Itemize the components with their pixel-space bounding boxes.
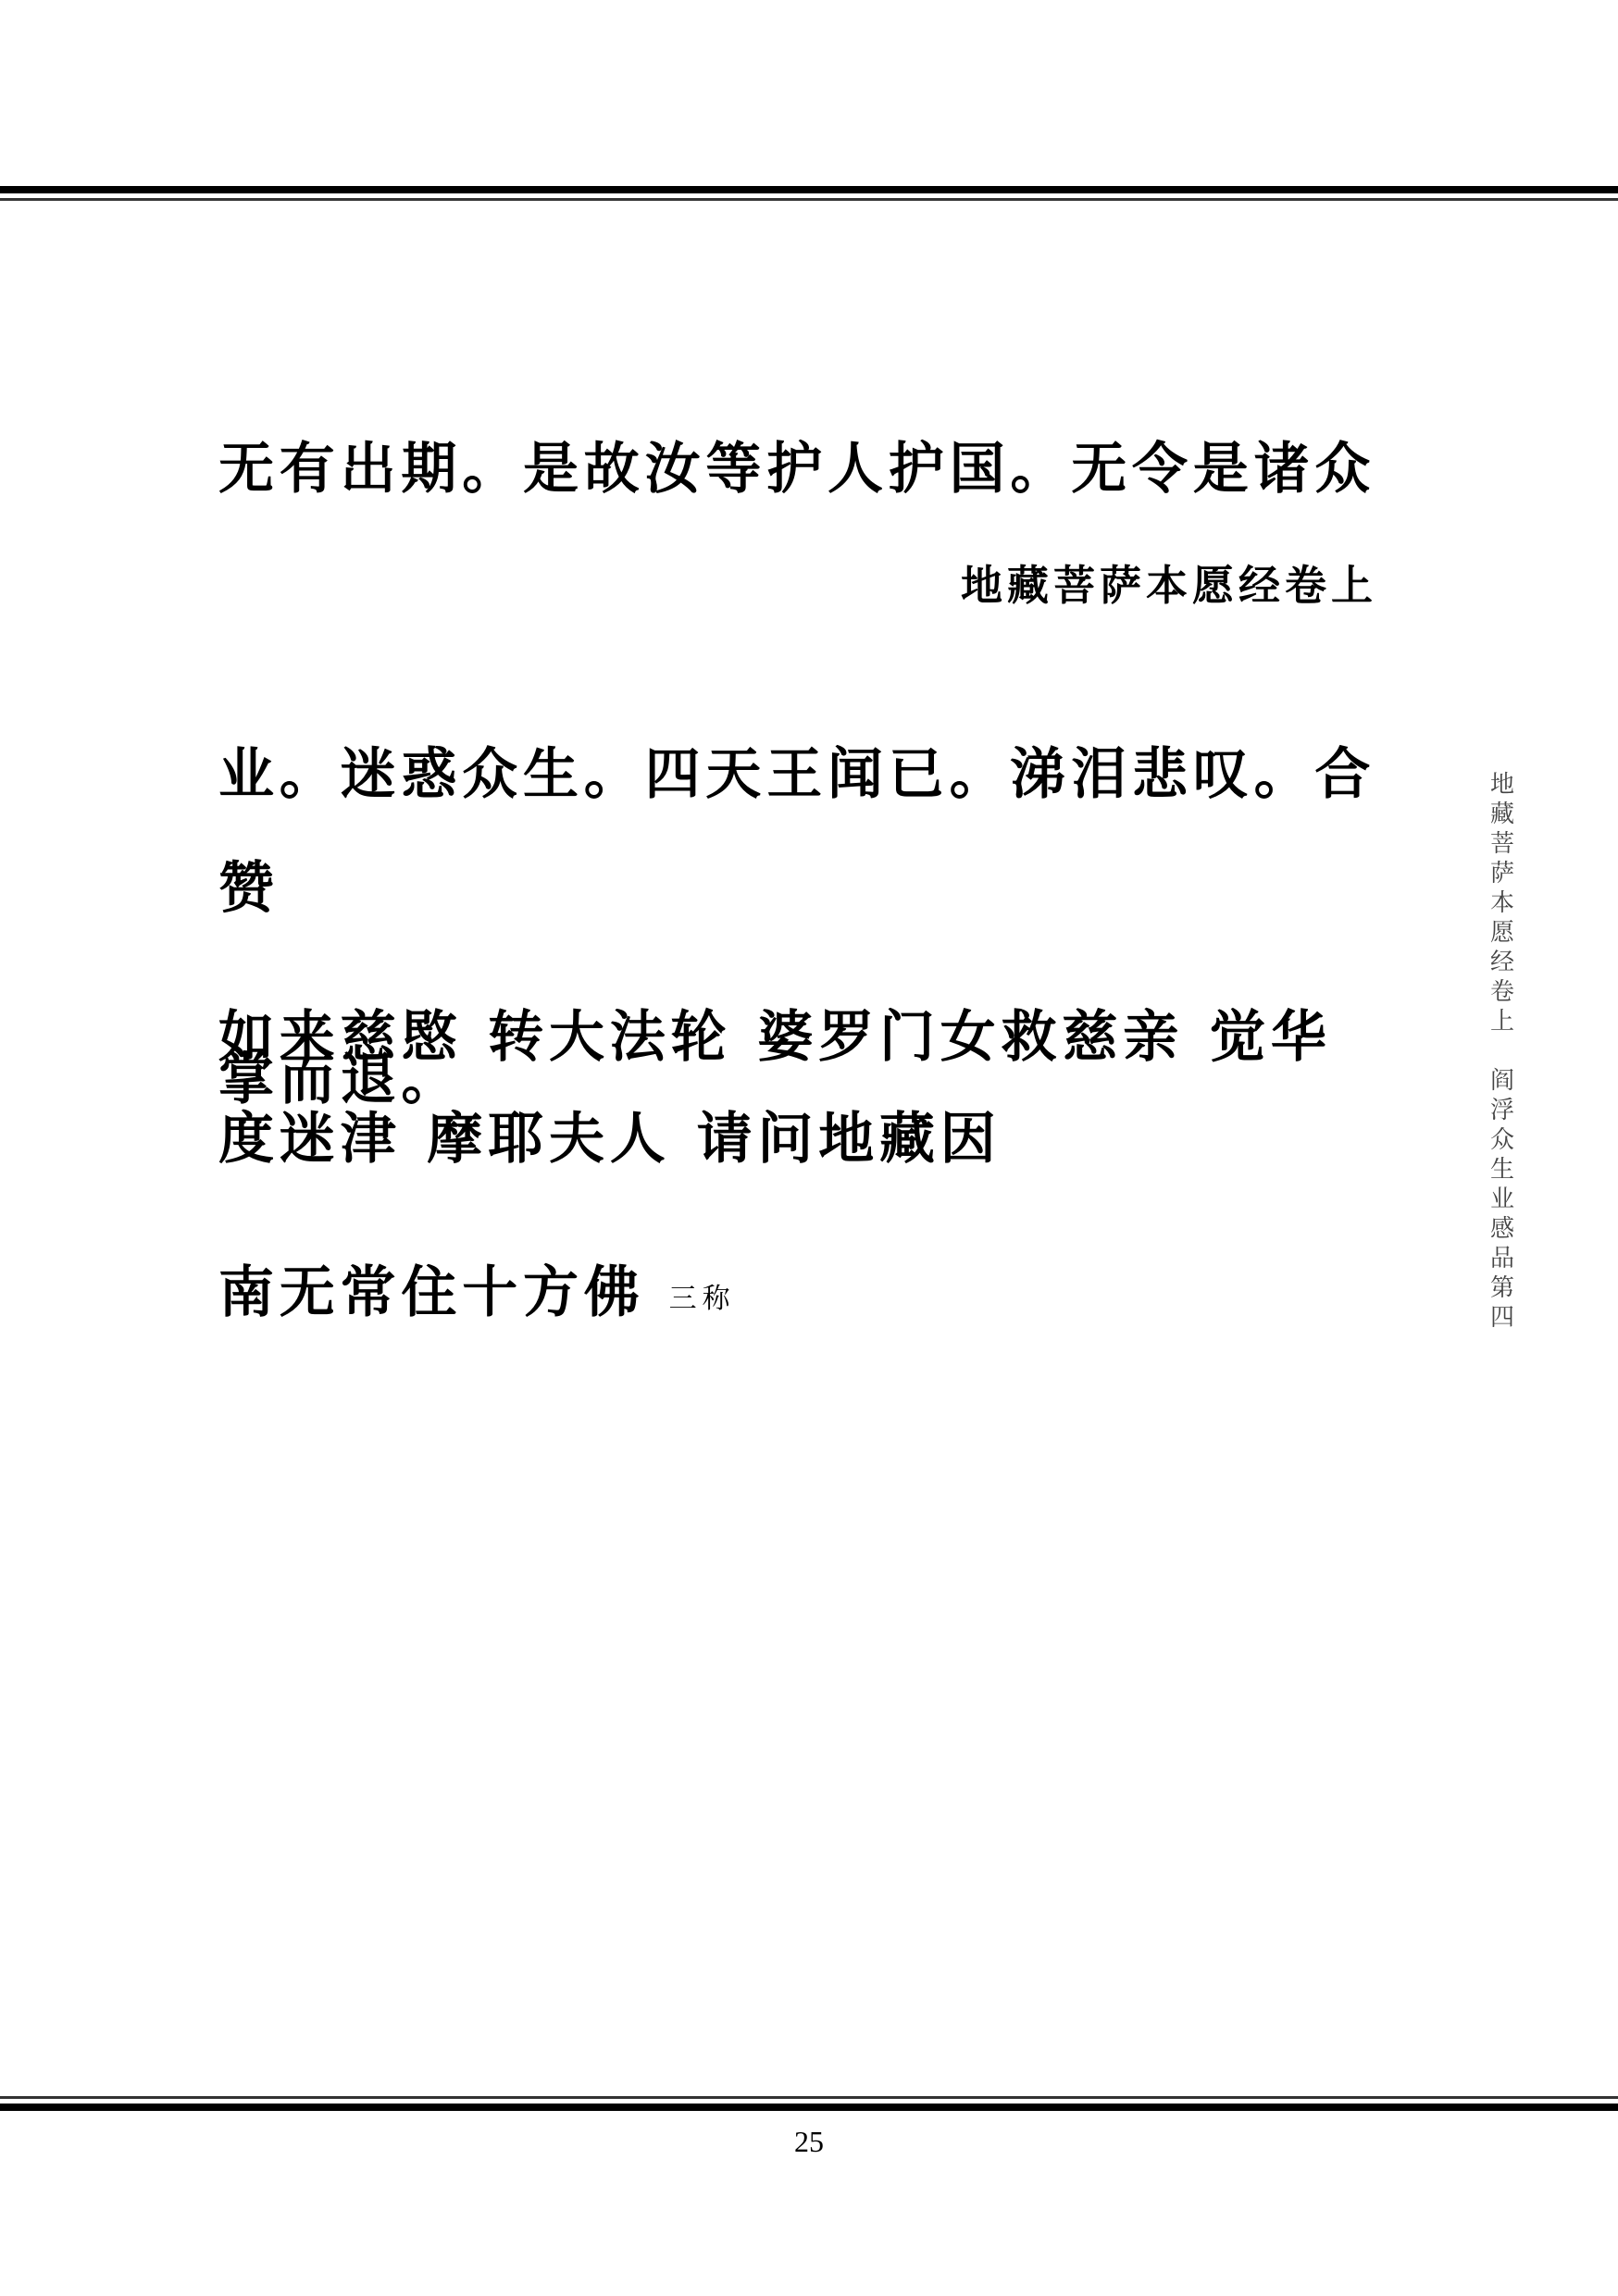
verse-phrase: 转大法轮 [488, 987, 731, 1088]
verse-line: 度迷津摩耶夫人请问地藏因 [218, 1088, 1332, 1190]
namo-repeat-note: 三称 [669, 1283, 736, 1315]
header-rule-thin [0, 198, 1618, 201]
praise-heading: 赞 [218, 851, 274, 925]
header-rule-thick [0, 186, 1618, 193]
running-header-char: 业 [1490, 1185, 1514, 1214]
running-header-book-title: 地藏菩萨本愿经卷上 [1490, 770, 1514, 1036]
verse-phrase: 婆罗门女救慈亲 [757, 987, 1184, 1088]
running-header-char: 经 [1490, 948, 1514, 977]
running-header-chapter-title: 阎浮众生业感品第四 [1490, 1066, 1514, 1333]
running-header-char: 浮 [1490, 1096, 1514, 1125]
footer-rule-thin [0, 2096, 1618, 2099]
verse-phrase: 如来慈愍 [218, 987, 462, 1088]
running-header-char: 上 [1490, 1007, 1514, 1036]
running-header-char: 阎 [1490, 1066, 1514, 1096]
verse-line: 如来慈愍转大法轮婆罗门女救慈亲觉华 [218, 987, 1332, 1088]
running-header-char: 藏 [1490, 800, 1514, 829]
namo-invocation: 南无常住十方佛三称 [218, 1251, 736, 1341]
vertical-running-header: 地藏菩萨本愿经卷上 阎浮众生业感品第四 [1487, 770, 1518, 1333]
running-header-char: 萨 [1490, 859, 1514, 888]
running-header-char: 品 [1490, 1244, 1514, 1273]
running-header-char: 本 [1490, 888, 1514, 918]
verse-phrase: 请问地藏因 [697, 1088, 1002, 1190]
running-header-char: 菩 [1490, 829, 1514, 859]
scripture-line: 业。迷惑众生。四天王闻已。涕泪悲叹。合 [218, 724, 1385, 825]
verse-phrase: 摩耶夫人 [427, 1088, 670, 1190]
volume-end-title: 地藏菩萨本愿经卷上 [961, 555, 1377, 616]
namo-text: 南无常住十方佛 [218, 1260, 645, 1325]
running-header-char: 众 [1490, 1125, 1514, 1155]
running-header-char: 第 [1490, 1273, 1514, 1303]
running-header-char: 卷 [1490, 977, 1514, 1007]
scripture-line: 无有出期。是故汝等护人护国。无令是诸众 [218, 418, 1385, 520]
running-header-char: 生 [1490, 1155, 1514, 1185]
praise-verse: 如来慈愍转大法轮婆罗门女救慈亲觉华 度迷津摩耶夫人请问地藏因 [218, 987, 1332, 1190]
verse-phrase: 觉华 [1210, 987, 1332, 1088]
running-header-char: 愿 [1490, 918, 1514, 948]
running-header-char: 感 [1490, 1214, 1514, 1244]
running-header-char: 地 [1490, 770, 1514, 800]
running-header-char: 四 [1490, 1303, 1514, 1333]
page-number: 25 [0, 2125, 1618, 2158]
verse-phrase: 度迷津 [218, 1088, 401, 1190]
footer-rule-thick [0, 2104, 1618, 2111]
